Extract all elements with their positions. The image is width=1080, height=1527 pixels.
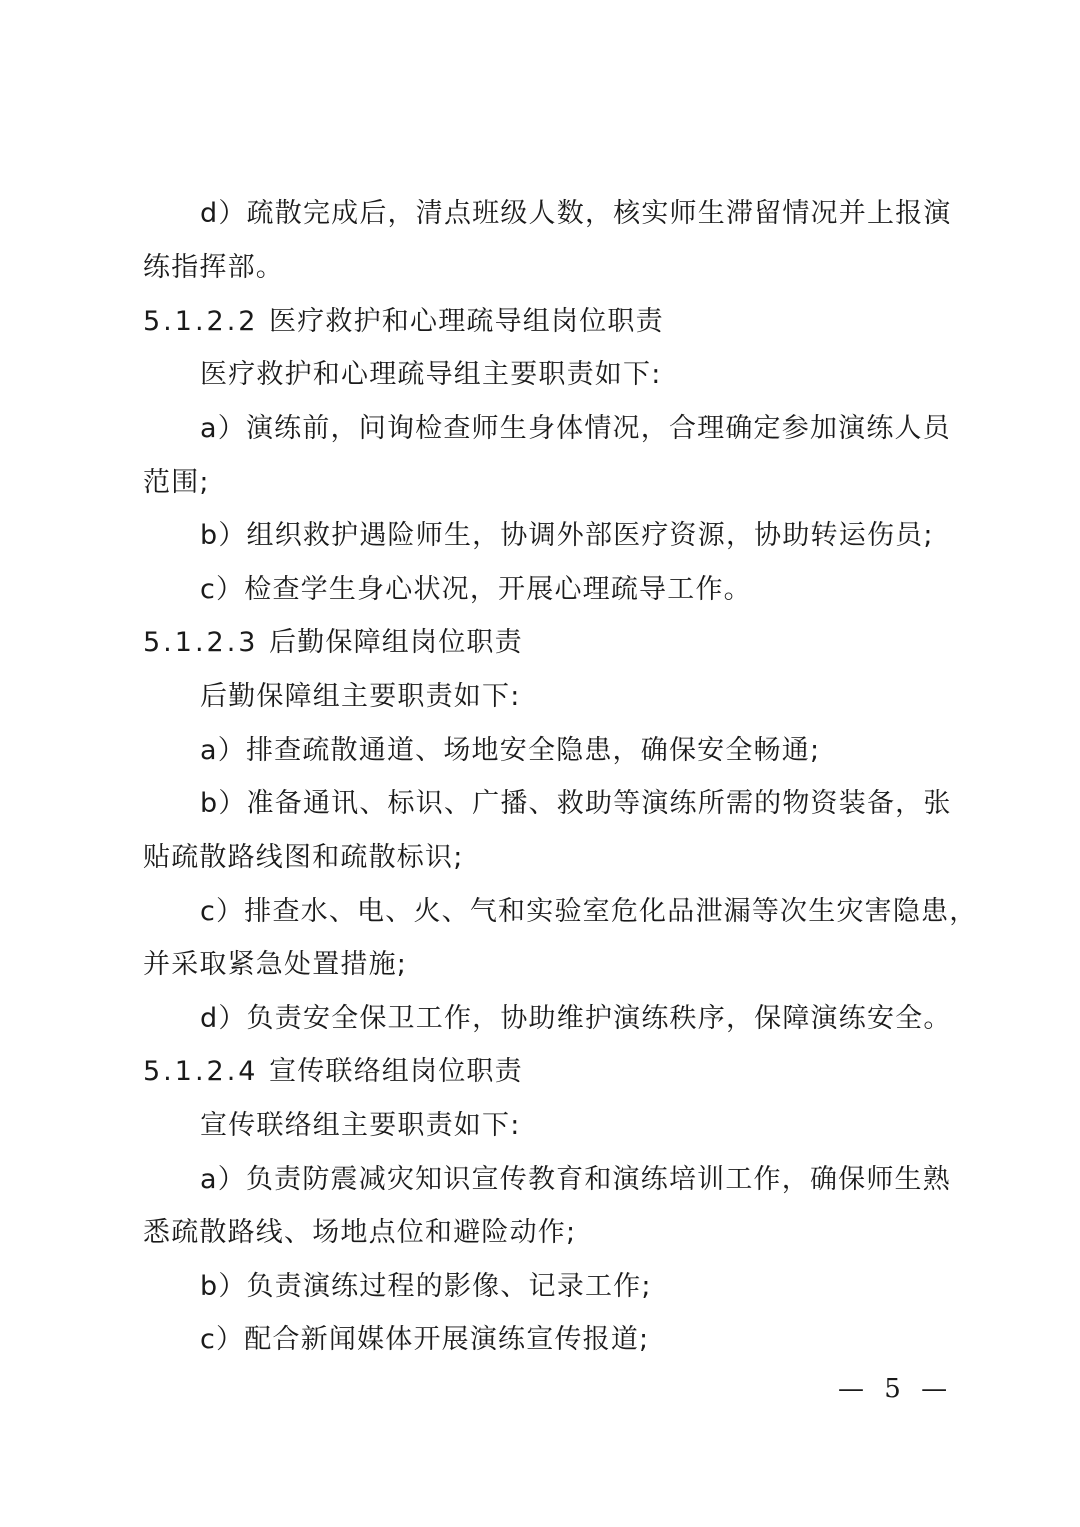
section-heading: 5.1.2.3后勤保障组岗位职责 (143, 625, 523, 661)
section-title: 后勤保障组岗位职责 (269, 627, 523, 658)
list-item-line: a）负责防震减灾知识宣传教育和演练培训工作，确保师生熟 (200, 1162, 951, 1198)
list-item-line: c）排查水、电、火、气和实验室危化品泄漏等次生灾害隐患， (200, 894, 977, 930)
paragraph-line: d）疏散完成后，清点班级人数，核实师生滞留情况并上报演 (200, 196, 952, 232)
list-item-line: a）演练前，问询检查师生身体情况，合理确定参加演练人员 (200, 411, 951, 447)
list-item-continuation: 范围; (143, 465, 210, 501)
section-title: 医疗救护和心理疏导组岗位职责 (269, 306, 664, 337)
section-number: 5.1.2.2 (143, 304, 269, 340)
section-number: 5.1.2.3 (143, 625, 269, 661)
list-item-line: b）组织救护遇险师生，协调外部医疗资源，协助转运伤员; (200, 518, 934, 554)
page-number: — 5 — (838, 1372, 953, 1406)
list-item-line: d）负责安全保卫工作，协助维护演练秩序，保障演练安全。 (200, 1001, 952, 1037)
paragraph-line: 练指挥部。 (143, 250, 284, 286)
list-item-continuation: 并采取紧急处置措施; (143, 947, 407, 983)
list-item-continuation: 贴疏散路线图和疏散标识; (143, 840, 464, 876)
section-title: 宣传联络组岗位职责 (269, 1056, 523, 1087)
list-item-continuation: 悉疏散路线、场地点位和避险动作; (143, 1215, 576, 1251)
list-item-line: b）负责演练过程的影像、记录工作; (200, 1269, 652, 1305)
list-item-line: c）配合新闻媒体开展演练宣传报道; (200, 1322, 649, 1358)
section-heading: 5.1.2.2医疗救护和心理疏导组岗位职责 (143, 304, 664, 340)
document-page: d）疏散完成后，清点班级人数，核实师生滞留情况并上报演 练指挥部。 5.1.2.… (0, 0, 1080, 1527)
paragraph-line: 宣传联络组主要职责如下: (200, 1108, 521, 1144)
section-heading: 5.1.2.4宣传联络组岗位职责 (143, 1054, 523, 1090)
list-item-line: a）排查疏散通道、场地安全隐患，确保安全畅通; (200, 733, 820, 769)
list-item-line: b）准备通讯、标识、广播、救助等演练所需的物资装备，张 (200, 786, 952, 822)
section-number: 5.1.2.4 (143, 1054, 269, 1090)
paragraph-line: 医疗救护和心理疏导组主要职责如下: (200, 357, 662, 393)
paragraph-line: 后勤保障组主要职责如下: (200, 679, 521, 715)
list-item-line: c）检查学生身心状况，开展心理疏导工作。 (200, 572, 752, 608)
